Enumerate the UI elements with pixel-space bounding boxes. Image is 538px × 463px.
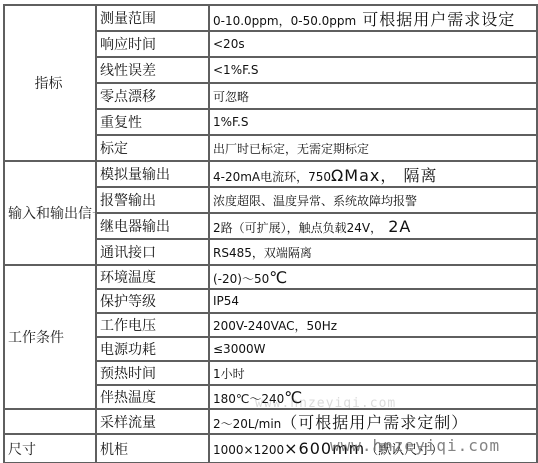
value-text: 2～20L/min xyxy=(213,417,281,431)
spec-value: RS485，双端隔离 xyxy=(209,239,537,265)
spec-label: 标定 xyxy=(96,135,209,161)
spec-value: 可忽略 xyxy=(209,83,537,109)
spec-value: IP54 xyxy=(209,289,537,313)
table-row: 输入和输出信号 模拟量输出 4-20mA电流环，750ΩMax， 隔离 xyxy=(4,161,537,187)
spec-label: 工作电压 xyxy=(96,313,209,337)
value-text: 4-20mA电流环，750 xyxy=(213,170,331,184)
spec-label: 通讯接口 xyxy=(96,239,209,265)
value-text: ≤3000W xyxy=(213,342,265,356)
category-cell-io-signals: 输入和输出信号 xyxy=(4,161,96,265)
spec-value: 180℃～240℃ xyxy=(209,385,537,409)
category-cell-indicators: 指标 xyxy=(4,5,96,161)
spec-label: 报警输出 xyxy=(96,187,209,213)
spec-label: 零点漂移 xyxy=(96,83,209,109)
spec-value: 1000×1200×600mm（默认尺寸） xyxy=(209,434,537,463)
value-text: RS485，双端隔离 xyxy=(213,246,312,260)
value-text: (-20)～50 xyxy=(213,272,269,286)
value-text-large: ℃ xyxy=(284,388,303,407)
value-text: 200V-240VAC，50Hz xyxy=(213,319,337,333)
value-text: <1%F.S xyxy=(213,63,259,77)
value-text-large: （可根据用户需求定制） xyxy=(281,413,468,432)
value-text: 0-10.0ppm，0-50.0ppm xyxy=(213,14,356,28)
spec-value: 200V-240VAC，50Hz xyxy=(209,313,537,337)
spec-label: 伴热温度 xyxy=(96,385,209,409)
category-cell-working-conditions: 工作条件 xyxy=(4,265,96,409)
value-text-large: 可根据用户需求设定 xyxy=(356,10,515,29)
table-row: 尺寸 机柜 1000×1200×600mm（默认尺寸） xyxy=(4,434,537,463)
spec-table: 指标 测量范围 0-10.0ppm，0-50.0ppm 可根据用户需求设定 响应… xyxy=(3,4,538,463)
value-text: 1小时 xyxy=(213,367,245,381)
category-cell-empty xyxy=(4,409,96,434)
spec-value: <1%F.S xyxy=(209,57,537,83)
spec-label: 预热时间 xyxy=(96,361,209,385)
value-text: 1%F.S xyxy=(213,115,248,129)
spec-value: 1小时 xyxy=(209,361,537,385)
spec-label: 测量范围 xyxy=(96,5,209,31)
spec-label: 线性误差 xyxy=(96,57,209,83)
category-cell-dimensions: 尺寸 xyxy=(4,434,96,463)
table-row: 工作条件 环境温度 (-20)～50℃ xyxy=(4,265,537,289)
value-text: 1000×1200 xyxy=(213,443,284,457)
spec-value: ≤3000W xyxy=(209,337,537,361)
spec-page: { "table": { "sections": [ { "category":… xyxy=(0,0,538,463)
spec-value: 2路（可扩展），触点负载24V， 2A xyxy=(209,213,537,239)
spec-value: <20s xyxy=(209,31,537,57)
value-text: 出厂时已标定，无需定期标定 xyxy=(213,142,369,156)
spec-label: 重复性 xyxy=(96,109,209,135)
value-text-tail: （默认尺寸） xyxy=(365,443,443,458)
spec-value: 浓度超限、温度异常、系统故障均报警 xyxy=(209,187,537,213)
spec-value: 2～20L/min（可根据用户需求定制） xyxy=(209,409,537,434)
spec-value: 1%F.S xyxy=(209,109,537,135)
table-row: 指标 测量范围 0-10.0ppm，0-50.0ppm 可根据用户需求设定 xyxy=(4,5,537,31)
value-text-large: 2A xyxy=(382,217,411,236)
spec-label: 采样流量 xyxy=(96,409,209,434)
spec-value: 出厂时已标定，无需定期标定 xyxy=(209,135,537,161)
value-text-large: ΩMax， 隔离 xyxy=(331,166,437,185)
value-text: IP54 xyxy=(213,294,239,308)
spec-label: 环境温度 xyxy=(96,265,209,289)
value-text: 180℃～240 xyxy=(213,392,284,406)
spec-label: 电源功耗 xyxy=(96,337,209,361)
value-text: 浓度超限、温度异常、系统故障均报警 xyxy=(213,194,417,208)
value-text: <20s xyxy=(213,37,245,51)
spec-label: 保护等级 xyxy=(96,289,209,313)
spec-label: 响应时间 xyxy=(96,31,209,57)
spec-value: (-20)～50℃ xyxy=(209,265,537,289)
value-text-large: ×600mm xyxy=(284,439,365,458)
spec-value: 4-20mA电流环，750ΩMax， 隔离 xyxy=(209,161,537,187)
value-text: 可忽略 xyxy=(213,90,249,104)
value-text: 2路（可扩展），触点负载24V， xyxy=(213,221,382,235)
spec-label: 模拟量输出 xyxy=(96,161,209,187)
value-text-large: ℃ xyxy=(269,268,288,287)
spec-label: 机柜 xyxy=(96,434,209,463)
table-row: 采样流量 2～20L/min（可根据用户需求定制） xyxy=(4,409,537,434)
spec-label: 继电器输出 xyxy=(96,213,209,239)
spec-value: 0-10.0ppm，0-50.0ppm 可根据用户需求设定 xyxy=(209,5,537,31)
